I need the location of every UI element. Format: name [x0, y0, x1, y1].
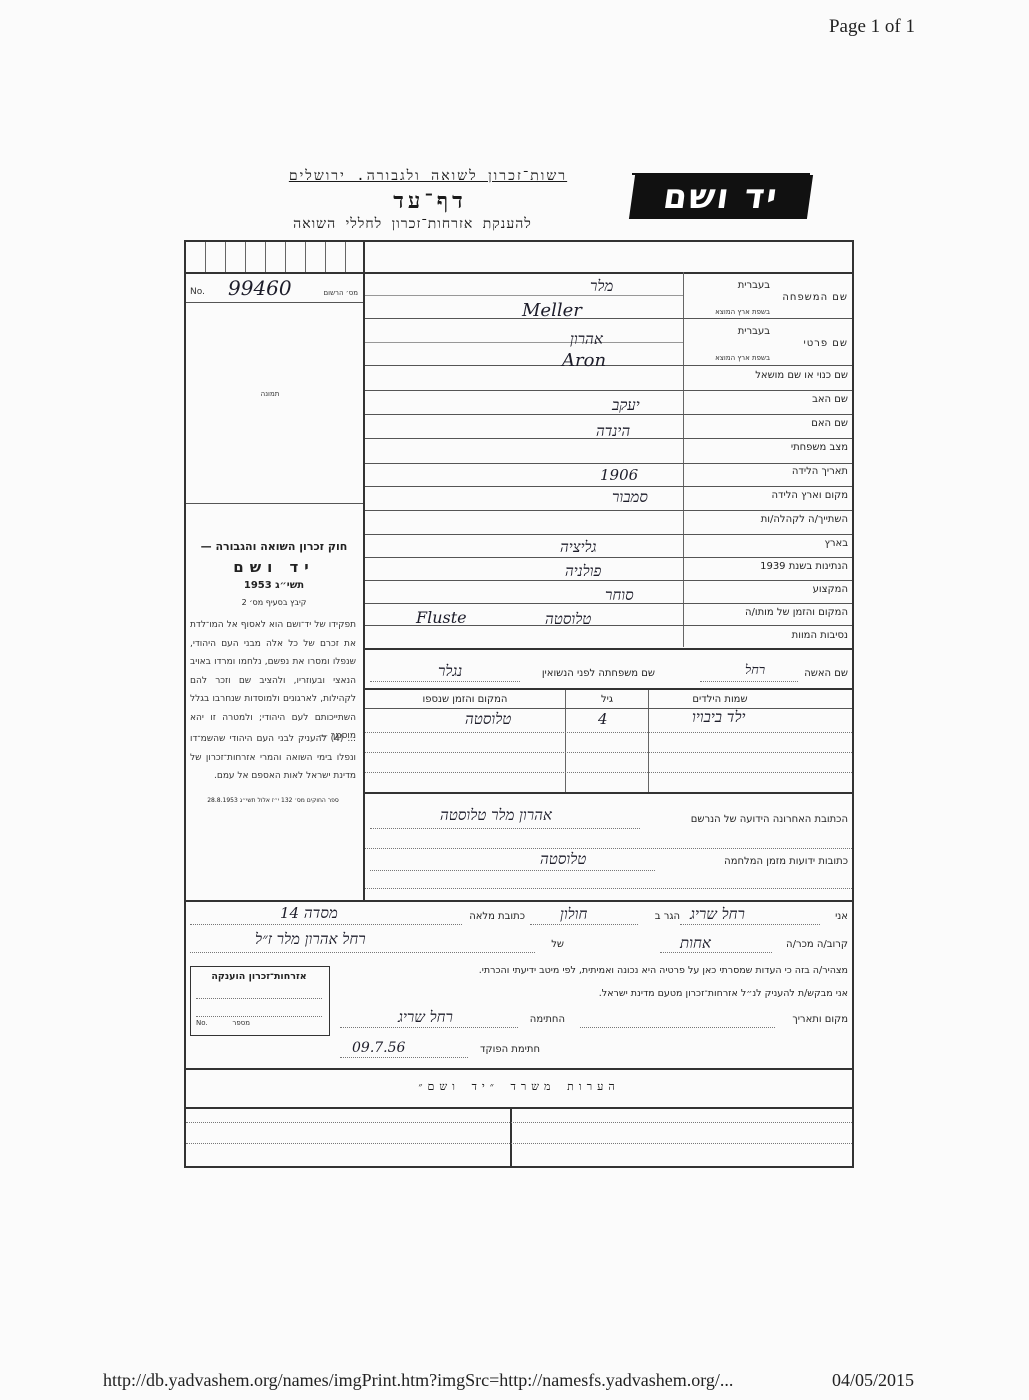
wife-maiden-name-value: נגלר [438, 662, 462, 681]
law-paragraph-2: ... (4) להעניק לבני העם היהודי שהשמ־דו ו… [190, 730, 356, 786]
first-name-hebrew-value: אהרון [570, 330, 603, 349]
row-line [365, 463, 852, 464]
marital-status-label: מצב משפחתי [690, 442, 848, 453]
mother-name-value: הינדה [596, 422, 630, 441]
row-line [365, 365, 852, 366]
family-name-label: שם המשפחה [760, 292, 848, 303]
row-line [184, 1068, 854, 1070]
organization-name: רשות־זכרון לשואה ולגבורה. ירושלים [250, 168, 606, 185]
fill-line [340, 1057, 468, 1058]
citizenship-stamp-title: אזרחות־זכרון הוענקה [194, 971, 324, 982]
fill-line [365, 732, 852, 733]
country-value: גליציה [560, 538, 596, 557]
digit-box [265, 242, 266, 272]
place-date-label: מקום ותאריך [775, 1014, 848, 1025]
birth-place-label: מקום וארץ הלידה [690, 490, 848, 501]
child-1-age: 4 [598, 710, 608, 728]
form-subtitle: להענקת אזרחות־זכרון לחללי השואה [250, 216, 575, 233]
resident-value: חולון [560, 905, 587, 924]
child-1-name: ילד ביבויו [692, 708, 745, 727]
father-name-value: יעקב [612, 396, 640, 415]
row-line [184, 900, 854, 902]
resident-label: הגר ב [640, 911, 680, 922]
family-name-origin-value: Meller [522, 300, 582, 321]
declarant-label: אני [822, 911, 848, 922]
row-line [365, 792, 852, 794]
death-place-value: טלוסטה [545, 610, 591, 629]
wife-name-value: רחל [745, 662, 765, 678]
law-footnote: ספר החוקים מס׳ 132 י״ז אלול תשי״ג 28.8.1… [190, 797, 356, 804]
col-divider [565, 690, 566, 792]
digit-box [325, 242, 326, 272]
wife-name-label: שם האשה [800, 668, 848, 679]
fill-line [186, 1122, 852, 1123]
official-signature-value: 09.7.56 [352, 1040, 405, 1056]
fill-line [580, 1027, 775, 1028]
fill-line [680, 924, 820, 925]
row-line [365, 295, 683, 296]
first-name-origin-value: Aron [562, 350, 606, 371]
fill-line [365, 772, 852, 773]
last-known-address-value: אהרון מלר טלוסטה [440, 806, 552, 825]
of-value: רחל אהרון מלר ז״ל [255, 930, 366, 949]
fill-line [365, 848, 852, 849]
label-column-divider [683, 272, 684, 647]
fill-line [530, 924, 638, 925]
registration-no-he-label: מס׳ הרשום [300, 289, 358, 297]
law-title: חוק זכרון השואה והגבורה — [190, 540, 358, 553]
last-known-address-label: הכתובת האחרונה הידועה של הנרשם [640, 814, 848, 825]
page-indicator: Page 1 of 1 [829, 16, 915, 38]
row-line [365, 534, 852, 535]
children-header-age: גיל [570, 694, 644, 705]
divider [186, 503, 363, 504]
fill-line [700, 681, 798, 682]
family-name-origin-sublabel: בשפת ארץ המוצא [690, 308, 770, 316]
community-label: השתייך/ה לקהלה/ות [690, 514, 848, 525]
relation-value: אחות [680, 934, 711, 953]
nationality-1939-value: פולניה [565, 562, 601, 581]
death-place-time-label: המקום והזמן של מותו/ה [690, 607, 848, 618]
col-divider [648, 690, 649, 792]
death-place-latin-value: Fluste [416, 608, 467, 627]
row-line [365, 688, 852, 690]
law-name: יד ושם [190, 558, 358, 576]
citizenship-stamp-no-he-label: מספר [220, 1019, 250, 1027]
request-statement: אני מבקש/ת להעניק לנ״ל אזרחות־זכרון מטעם… [450, 988, 848, 999]
family-name-hebrew-sublabel: בעברית [690, 280, 770, 291]
relation-label: קרוב/ה מכר/ה [775, 939, 848, 950]
divider [186, 302, 363, 303]
frame-left [184, 240, 186, 1168]
row-line [365, 510, 852, 511]
law-paragraph-1: תפקידו של יד־ושם הוא לאסוף אל המו־לדת את… [190, 616, 356, 746]
full-address-label: כתובת מלאה [465, 911, 525, 922]
left-column-divider [363, 240, 365, 900]
digit-box [225, 242, 226, 272]
row-line [365, 390, 852, 391]
nickname-label: שם כנוי או שם מושאל [690, 370, 848, 381]
row-line [365, 486, 852, 487]
full-address-value: מסדה 14 [280, 904, 338, 923]
header-row-bottom [184, 272, 854, 274]
declaration-statement: מצהיר/ה בזה כי העדות שמסרתי כאן על פרטיה… [410, 965, 848, 976]
children-header-names: שמות הילדים [655, 694, 785, 705]
digit-box [305, 242, 306, 272]
row-line [365, 342, 683, 343]
row-line [365, 318, 852, 319]
digit-box [205, 242, 206, 272]
of-label: של [540, 939, 564, 950]
family-name-hebrew-value: מלר [590, 277, 613, 296]
digit-box [285, 242, 286, 272]
frame-right [852, 240, 854, 1168]
child-1-place: טלוסטה [465, 710, 511, 729]
signature-value: רחל שריג [398, 1008, 453, 1027]
footer-url: http://db.yadvashem.org/names/imgPrint.h… [103, 1370, 733, 1391]
law-year: תשי״ג 1953 [190, 580, 358, 591]
footer-date: 04/05/2015 [832, 1370, 914, 1391]
row-line [365, 580, 852, 581]
row-line [365, 414, 852, 415]
digit-box [345, 242, 346, 272]
father-name-label: שם האב [690, 394, 848, 405]
profession-value: סוחר [605, 586, 634, 605]
first-name-label: שם פרטי [760, 338, 848, 349]
fill-line [196, 1016, 322, 1017]
registration-no-label: No. [190, 287, 205, 297]
fill-line [196, 998, 322, 999]
wartime-address-label: כתובות ידועות מזמן המלחמה [660, 856, 848, 867]
fill-line [190, 924, 462, 925]
fill-line [365, 752, 852, 753]
fill-line [370, 681, 520, 682]
office-notes-title: הערות משרד ״יד ושם״ [184, 1080, 854, 1093]
mother-name-label: שם האם [690, 418, 848, 429]
yad-vashem-logo: יד ושם [629, 175, 813, 219]
death-circumstances-label: נסיבות המוות [690, 630, 848, 641]
country-label: בארץ [690, 538, 848, 549]
law-clause: קיבץ בסעיף מס׳ 2 [190, 598, 358, 607]
first-name-hebrew-sublabel: בעברית [690, 326, 770, 337]
profession-label: המקצוע [690, 584, 848, 595]
birth-date-label: תאריך הלידה [690, 466, 848, 477]
wartime-address-value: טלוסטה [540, 850, 586, 869]
row-line [365, 708, 852, 709]
fill-line [340, 1027, 518, 1028]
fill-line [365, 888, 852, 889]
fill-line [660, 952, 772, 953]
declarant-value: רחל שריג [690, 905, 745, 924]
children-header-place: המקום והזמן שנספו [370, 694, 560, 705]
digit-box [245, 242, 246, 272]
fill-line [186, 1143, 852, 1144]
fill-line [370, 828, 640, 829]
citizenship-stamp-no-label: No. [196, 1019, 208, 1027]
nationality-1939-label: הנתינות בשנת 1939 [690, 561, 848, 572]
birth-date-value: 1906 [600, 466, 638, 484]
wife-maiden-name-label: שם משפחתה לפני הנשואין [525, 668, 655, 679]
row-line [365, 557, 852, 558]
first-name-origin-sublabel: בשפת ארץ המוצא [690, 354, 770, 362]
frame-bottom [184, 1166, 854, 1168]
row-line [184, 1107, 854, 1109]
form-title: דף־עד [330, 188, 530, 214]
signature-label: החתימה [520, 1014, 565, 1025]
fill-line [370, 870, 655, 871]
photo-label: תמונה [250, 390, 290, 398]
registration-no-value: 99460 [228, 276, 292, 300]
col-divider [510, 1108, 512, 1166]
birth-place-value: סמבור [612, 488, 648, 507]
official-signature-label: חתימת הפוקד [470, 1044, 540, 1055]
row-line [365, 648, 852, 650]
fill-line [190, 952, 535, 953]
